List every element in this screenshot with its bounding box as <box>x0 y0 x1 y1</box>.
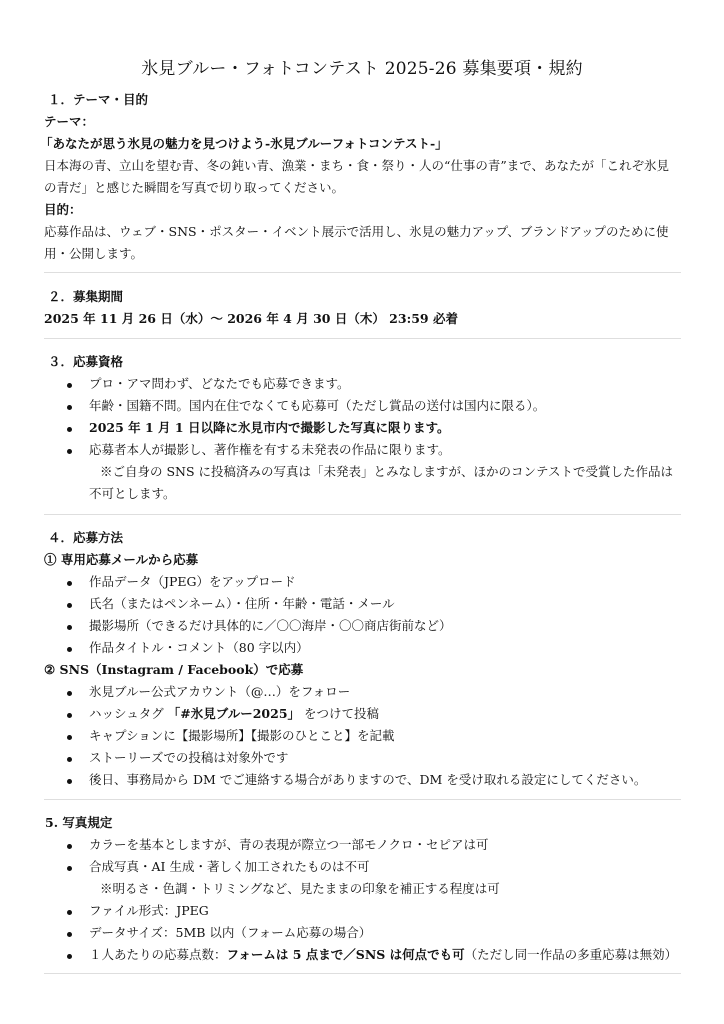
bullet-icon <box>67 866 72 871</box>
method-2-heading: ② SNS（Instagram / Facebook）で応募 <box>44 662 303 677</box>
theme-body-line-1: 日本海の青、立山を望む青、冬の鈍い青、漁業・まち・食・祭り・人の“仕事の青”まで… <box>44 158 669 173</box>
bullet-icon <box>67 647 72 652</box>
section-5-heading: 5. 写真規定 <box>45 815 112 830</box>
method-1-heading: ① 専用応募メールから応募 <box>44 552 198 567</box>
method-2-item: ハッシュタグ 「#氷見ブルー2025」 をつけて投稿 <box>89 706 379 721</box>
bullet-icon <box>67 383 72 388</box>
method-1-item: 作品データ（JPEG）をアップロード <box>89 574 296 589</box>
theme-label: テーマ： <box>44 114 94 129</box>
bullet-icon <box>67 603 72 608</box>
bullet-icon <box>67 405 72 410</box>
bullet-icon <box>67 625 72 630</box>
period-text: 2025 年 11 月 26 日（水）～ 2026 年 4 月 30 日（木） … <box>44 311 458 326</box>
photo-rule-note: ※明るさ・色調・トリミングなど、見たままの印象を補正する程度は可 <box>100 881 500 896</box>
method-1-item: 氏名（またはペンネーム）・住所・年齢・電話・メール <box>89 596 395 611</box>
bullet-icon <box>67 779 72 784</box>
eligibility-item: 2025 年 1 月 1 日以降に氷見市内で撮影した写真に限ります。 <box>89 420 449 435</box>
bullet-icon <box>67 954 72 959</box>
photo-rule-item: カラーを基本としますが、青の表現が際立つ一部モノクロ・セピアは可 <box>89 837 489 852</box>
purpose-line-1: 応募作品は、ウェブ・SNS・ポスター・イベント展示で活用し、氷見の魅力アップ、ブ… <box>44 224 668 239</box>
divider <box>44 973 681 974</box>
bullet-icon <box>67 735 72 740</box>
photo-rule-item: 合成写真・AI 生成・著しく加工されたものは不可 <box>89 859 369 874</box>
theme-title: 「あなたが思う氷見の魅力を見つけよう-氷見ブルーフォトコンテスト-」 <box>40 136 448 151</box>
bullet-icon <box>67 910 72 915</box>
section-1-heading: １．テーマ・目的 <box>48 92 148 107</box>
eligibility-note-line-1: ※ご自身の SNS に投稿済みの写真は「未発表」とみなしますが、ほかのコンテスト… <box>100 464 673 479</box>
eligibility-item: 年齢・国籍不問。国内在住でなくても応募可（ただし賞品の送付は国内に限る）。 <box>89 398 545 413</box>
divider <box>44 514 681 515</box>
eligibility-item: 応募者本人が撮影し、著作権を有する未発表の作品に限ります。 <box>89 442 451 457</box>
bullet-icon <box>67 449 72 454</box>
entry-limit-suffix: （ただし同一作品の多重応募は無効） <box>465 947 678 962</box>
section-4-heading: ４．応募方法 <box>48 530 123 545</box>
theme-body-line-2: の青だ」と感じた瞬間を写真で切り取ってください。 <box>44 180 344 195</box>
divider <box>44 272 681 273</box>
bullet-icon <box>67 844 72 849</box>
photo-rule-item: ファイル形式：JPEG <box>89 903 209 918</box>
bullet-icon <box>67 757 72 762</box>
purpose-line-2: 用・公開します。 <box>44 246 143 261</box>
entry-limit-prefix: １人あたりの応募点数： <box>89 947 227 962</box>
bullet-icon <box>67 713 72 718</box>
page-title: 氷見ブルー・フォトコンテスト 2025-26 募集要項・規約 <box>0 54 724 79</box>
bullet-icon <box>67 581 72 586</box>
eligibility-note-line-2: 不可とします。 <box>89 486 176 501</box>
method-1-item: 作品タイトル・コメント（80 字以内） <box>89 640 309 655</box>
purpose-label: 目的： <box>44 202 82 217</box>
eligibility-item: プロ・アマ問わず、どなたでも応募できます。 <box>89 376 350 391</box>
hashtag-value: 「#氷見ブルー2025」 <box>168 706 300 721</box>
method-2-item: 後日、事務局から DM でご連絡する場合がありますので、DM を受け取れる設定に… <box>89 772 646 787</box>
divider <box>44 799 681 800</box>
document-page: 氷見ブルー・フォトコンテスト 2025-26 募集要項・規約 １．テーマ・目的 … <box>0 0 724 1024</box>
entry-limit-bold: フォームは 5 点まで／SNS は何点でも可 <box>227 947 465 962</box>
method-1-item: 撮影場所（できるだけ具体的に／〇〇海岸・〇〇商店街前など） <box>89 618 452 633</box>
bullet-icon <box>67 427 72 432</box>
hashtag-suffix: をつけて投稿 <box>304 706 379 721</box>
hashtag-label: ハッシュタグ <box>89 706 164 721</box>
bullet-icon <box>67 932 72 937</box>
photo-rule-item: データサイズ：5MB 以内（フォーム応募の場合） <box>89 925 371 940</box>
method-2-item: ストーリーズでの投稿は対象外です <box>89 750 288 765</box>
method-2-item: 氷見ブルー公式アカウント（@…）をフォロー <box>89 684 350 699</box>
divider <box>44 338 681 339</box>
section-3-heading: ３．応募資格 <box>48 354 123 369</box>
photo-rule-item: １人あたりの応募点数：フォームは 5 点まで／SNS は何点でも可（ただし同一作… <box>89 947 677 962</box>
bullet-icon <box>67 691 72 696</box>
section-2-heading: ２．募集期間 <box>48 289 123 304</box>
method-2-item: キャプションに【撮影場所】【撮影のひとこと】を記載 <box>89 728 395 743</box>
